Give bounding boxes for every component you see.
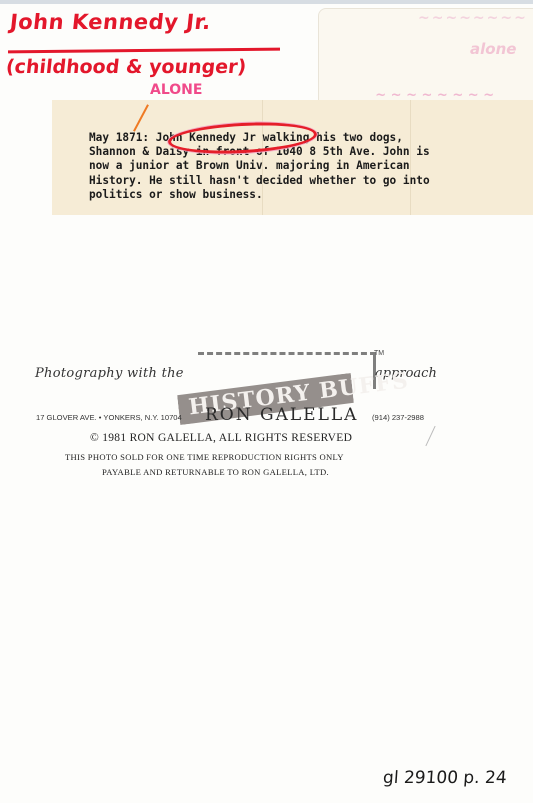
catalog-number: gl 29100 p. 24 xyxy=(382,768,507,788)
caption-line: now a junior at Brown Univ. majoring in … xyxy=(89,159,529,173)
caption-line: History. He still hasn't decided whether… xyxy=(89,174,529,188)
photographer-phone: (914) 237-2988 xyxy=(372,413,424,422)
handwritten-note: ALONE xyxy=(150,82,202,98)
usage-terms-line-1: THIS PHOTO SOLD FOR ONE TIME REPRODUCTIO… xyxy=(65,452,344,462)
handwritten-subtitle: (childhood & younger) xyxy=(5,56,247,78)
photographer-address: 17 GLOVER AVE. • YONKERS, N.Y. 10704 xyxy=(36,413,182,422)
typed-caption: May 1871: John Kennedy Jr walking his tw… xyxy=(89,131,529,202)
scan-top-edge xyxy=(0,0,533,4)
faded-label-text: alone xyxy=(470,40,516,58)
stamp-tagline-left: Photography with the xyxy=(35,366,184,381)
pencil-mark xyxy=(425,426,435,446)
faded-label-text: ~~~~~~~~ xyxy=(418,10,528,26)
usage-terms-line-2: PAYABLE AND RETURNABLE TO RON GALELLA, L… xyxy=(102,467,329,477)
caption-line: politics or show business. xyxy=(89,188,529,202)
caption-line: Shannon & Daisy in front of 1040 8 5th A… xyxy=(89,145,529,159)
title-underline xyxy=(8,48,280,54)
handwritten-title: John Kennedy Jr. xyxy=(9,10,212,34)
copyright-line: © 1981 RON GALELLA, ALL RIGHTS RESERVED xyxy=(90,432,352,444)
trademark-mark: TM xyxy=(374,350,384,357)
photographer-name: RON GALELLA xyxy=(205,405,358,425)
